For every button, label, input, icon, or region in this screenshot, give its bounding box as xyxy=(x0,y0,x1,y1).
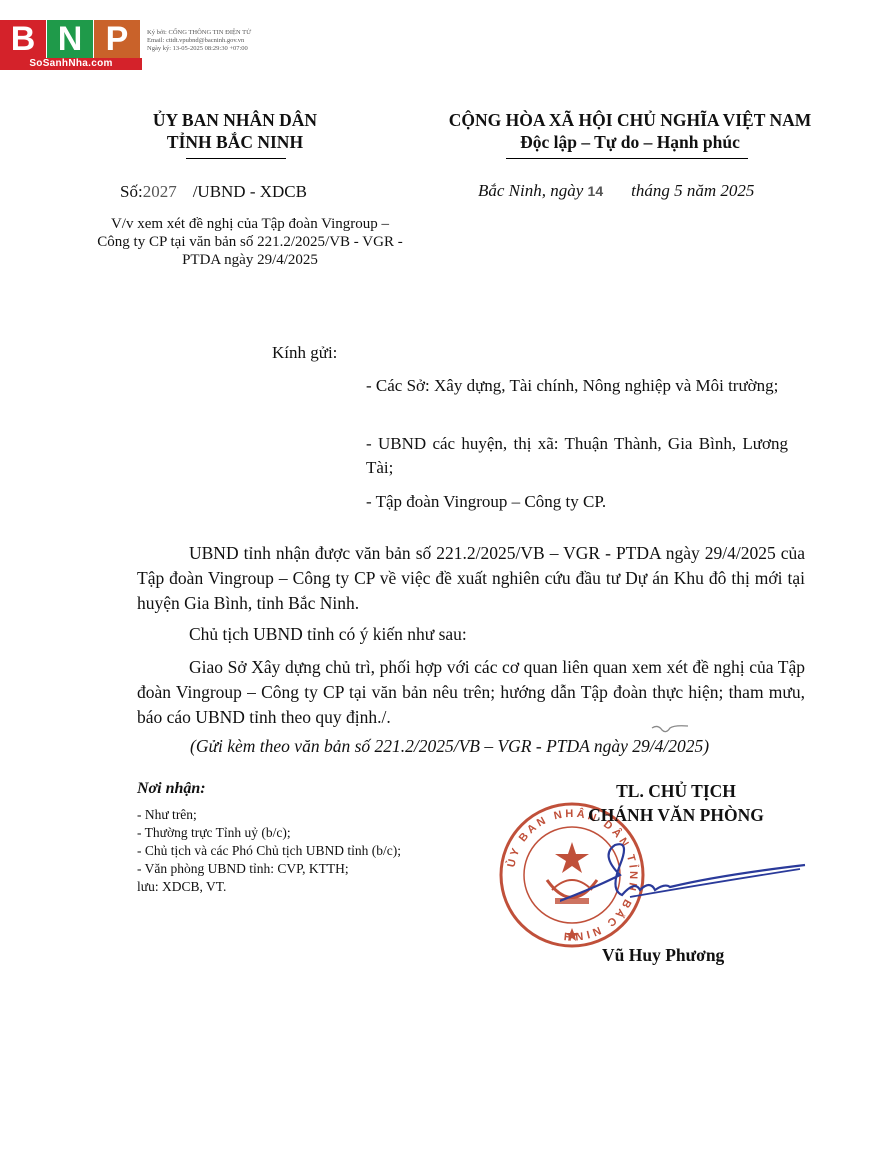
initial-mark-icon xyxy=(650,722,690,736)
signer-name: Vũ Huy Phương xyxy=(602,945,724,966)
logo-letter-p: P xyxy=(94,20,140,58)
distribution-item: - Thường trực Tỉnh uỷ (b/c); xyxy=(137,824,401,842)
nation-name: CỘNG HÒA XÃ HỘI CHỦ NGHĨA VIỆT NAM xyxy=(420,109,840,131)
date-day: 14 xyxy=(588,183,604,199)
distribution-label: Nơi nhận: xyxy=(137,780,206,798)
body-paragraph: UBND tỉnh nhận được văn bản số 221.2/202… xyxy=(137,541,805,616)
date-suffix: tháng 5 năm 2025 xyxy=(631,181,754,200)
distribution-item: - Văn phòng UBND tỉnh: CVP, KTTH; xyxy=(137,860,401,878)
handwritten-signature-icon xyxy=(560,835,810,925)
attachment-note: (Gửi kèm theo văn bản số 221.2/2025/VB –… xyxy=(190,736,709,757)
issue-date: Bắc Ninh, ngày 14tháng 5 năm 2025 xyxy=(478,181,754,201)
signatory-title: TL. CHỦ TỊCH CHÁNH VĂN PHÒNG xyxy=(556,779,796,827)
recipient-item: - UBND các huyện, thị xã: Thuận Thành, G… xyxy=(366,432,788,480)
title-line-2: CHÁNH VĂN PHÒNG xyxy=(556,803,796,827)
doc-number-label: Số: xyxy=(120,182,143,201)
distribution-item: lưu: XDCB, VT. xyxy=(137,878,401,896)
paragraph-text: Chủ tịch UBND tỉnh có ý kiến như sau: xyxy=(189,624,467,644)
motto-underline xyxy=(506,158,748,159)
date-prefix: Bắc Ninh, ngày xyxy=(478,181,583,200)
authority-underline xyxy=(186,158,286,159)
recipients-label: Kính gửi: xyxy=(272,343,337,363)
document-subject: V/v xem xét đề nghị của Tập đoàn Vingrou… xyxy=(95,215,405,269)
logo-letter-n: N xyxy=(47,20,93,58)
doc-number-value: 2027 xyxy=(143,182,177,201)
distribution-item: - Chủ tịch và các Phó Chủ tịch UBND tỉnh… xyxy=(137,842,401,860)
body-paragraph: Chủ tịch UBND tỉnh có ý kiến như sau: xyxy=(137,622,805,647)
logo-letter-b: B xyxy=(0,20,46,58)
document-number: Số:2027/UBND - XDCB xyxy=(120,182,307,202)
distribution-list: - Như trên; - Thường trực Tỉnh uỷ (b/c);… xyxy=(137,806,401,896)
issuing-authority: ỦY BAN NHÂN DÂN TỈNH BẮC NINH xyxy=(100,109,370,153)
recipient-item: - Tập đoàn Vingroup – Công ty CP. xyxy=(366,490,788,514)
doc-code: /UBND - XDCB xyxy=(193,182,307,201)
esign-date: Ngày ký: 13-05-2025 08:29:30 +07:00 xyxy=(147,45,251,53)
paragraph-text: UBND tỉnh nhận được văn bản số 221.2/202… xyxy=(137,543,805,613)
esign-email: Email: cttdt.vpubnd@bacninh.gov.vn xyxy=(147,37,251,45)
paragraph-text: Giao Sở Xây dựng chủ trì, phối hợp với c… xyxy=(137,657,805,727)
recipient-item: - Các Sở: Xây dựng, Tài chính, Nông nghi… xyxy=(366,374,788,398)
distribution-item: - Như trên; xyxy=(137,806,401,824)
body-paragraph: Giao Sở Xây dựng chủ trì, phối hợp với c… xyxy=(137,655,805,730)
motto: Độc lập – Tự do – Hạnh phúc xyxy=(420,131,840,153)
authority-line-1: ỦY BAN NHÂN DÂN xyxy=(100,109,370,131)
esign-signer: Ký bởi: CỔNG THÔNG TIN ĐIỆN TỬ xyxy=(147,29,251,37)
logo-tagline: SoSanhNha.com xyxy=(0,58,142,70)
bnp-logo: B N P SoSanhNha.com xyxy=(0,20,142,70)
digital-signature-stamp: Ký bởi: CỔNG THÔNG TIN ĐIỆN TỬ Email: ct… xyxy=(147,29,251,53)
authority-line-2: TỈNH BẮC NINH xyxy=(100,131,370,153)
title-line-1: TL. CHỦ TỊCH xyxy=(556,779,796,803)
national-motto: CỘNG HÒA XÃ HỘI CHỦ NGHĨA VIỆT NAM Độc l… xyxy=(420,109,840,153)
